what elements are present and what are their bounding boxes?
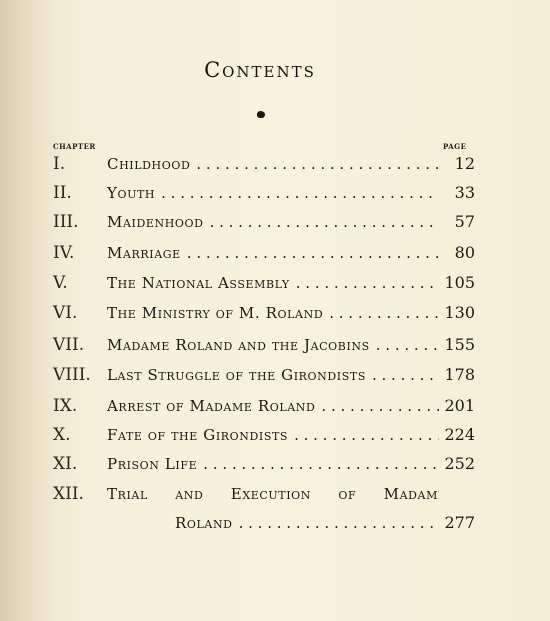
toc-entry: IV. Marriage 80 [53,243,475,267]
chapter-numeral: IV. [53,243,107,263]
chapter-numeral: XII. [53,484,107,504]
page-number: 57 [439,212,475,231]
chapter-title-continuation: Roland [175,514,233,532]
toc-entry: III. Maidenhood 57 [53,212,475,236]
chapter-title: Childhood [107,155,190,173]
page-number: 178 [439,365,475,384]
chapter-numeral: VII. [53,335,107,355]
page-number: 224 [439,425,475,444]
toc-entry: VI. The Ministry of M. Roland 130 [53,303,475,327]
chapter-title: Madame Roland and the Jacobins [107,336,370,354]
page-number: 155 [439,335,475,354]
book-page: Contents CHAPTER PAGE I. Childhood 12 II… [0,0,550,621]
dot-leader [372,366,439,384]
page-number: 252 [439,454,475,473]
toc-entry: VII. Madame Roland and the Jacobins 155 [53,335,475,359]
chapter-title: Prison Life [107,455,197,473]
toc-entry: XI. Prison Life 252 [53,454,475,478]
chapter-numeral: IX. [53,396,107,416]
chapter-numeral: II. [53,183,107,203]
ornament-icon [257,111,265,118]
chapter-title: The Ministry of M. Roland [107,304,323,322]
dot-leader [239,514,439,532]
chapter-title: Arrest of Madame Roland [107,397,315,415]
chapter-numeral: XI. [53,454,107,474]
dot-leader [329,304,439,322]
chapter-numeral: III. [53,212,107,232]
dot-leader [161,184,439,202]
chapter-numeral: X. [53,425,107,445]
toc-entry: II. Youth 33 [53,183,475,207]
dot-leader [196,155,439,173]
dot-leader [321,397,439,415]
chapter-title: Last Struggle of the Girondists [107,366,366,384]
dot-leader [187,244,439,262]
toc-entry: X. Fate of the Girondists 224 [53,425,475,449]
toc-entry: XII. Trial and Execution of Madame [53,484,475,508]
page-number: 80 [439,243,475,262]
page-number: 12 [439,154,475,173]
chapter-title: Fate of the Girondists [107,426,288,444]
chapter-title: Youth [107,184,155,202]
chapter-numeral: VI. [53,303,107,323]
chapter-numeral: V. [53,273,107,293]
toc-entry-continuation: Roland 277 [53,513,475,537]
chapter-numeral: VIII. [53,365,107,385]
chapter-column-header: CHAPTER [53,142,96,151]
toc-entry: V. The National Assembly 105 [53,273,475,297]
page-number: 277 [439,513,475,532]
toc-entry: IX. Arrest of Madame Roland 201 [53,396,475,420]
page-number: 130 [439,303,475,322]
toc-entry: VIII. Last Struggle of the Girondists 17… [53,365,475,389]
page-number: 201 [439,396,475,415]
chapter-title: Marriage [107,244,181,262]
page-number: 33 [439,183,475,202]
dot-leader [203,455,439,473]
dot-leader [376,336,439,354]
page-column-header: PAGE [443,142,467,151]
chapter-title: The National Assembly [107,274,290,292]
page-title: Contents [0,58,520,82]
toc-entry: I. Childhood 12 [53,154,475,178]
chapter-title: Trial and Execution of Madame [107,485,439,503]
dot-leader [296,274,439,292]
dot-leader [210,213,439,231]
chapter-title: Maidenhood [107,213,204,231]
page-number: 105 [439,273,475,292]
dot-leader [294,426,439,444]
chapter-numeral: I. [53,154,107,174]
